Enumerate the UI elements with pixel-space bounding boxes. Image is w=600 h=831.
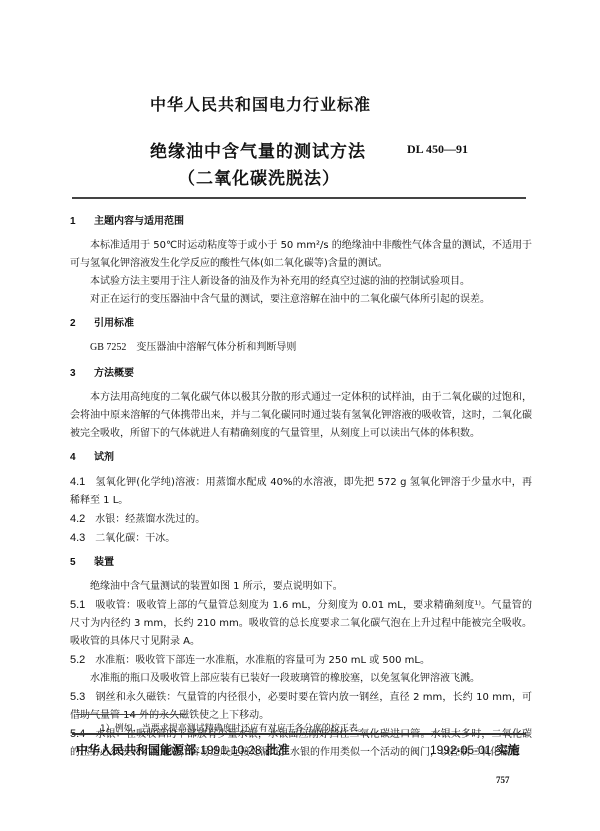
section-number: 3 <box>70 365 94 383</box>
paragraph: 本标准适用于 50℃时运动粘度等于或小于 50 mm²/s 的绝缘油中非酸性气体… <box>70 237 532 273</box>
approval-label: 批准 <box>266 743 290 757</box>
clause-item: 5.3钢丝和永久磁铁：气量管的内径很小，必要时要在管内放一钢丝，直径 2 mm，… <box>70 688 532 725</box>
approving-authority: 中华人民共和国能源部 <box>76 743 196 757</box>
effective-label: 实施 <box>496 743 520 757</box>
reference-code: GB 7252 <box>90 342 126 353</box>
section-number: 5 <box>70 554 94 572</box>
clause-item: 4.1氢氧化钾(化学纯)溶液：用蒸馏水配成 40%的水溶液，即先把 572 g … <box>70 473 532 510</box>
standard-code: DL 450—91 <box>407 142 468 157</box>
section-number: 1 <box>70 213 94 231</box>
clause-number: 4.1 <box>70 476 85 488</box>
section-heading: 1主题内容与适用范围 <box>70 213 532 231</box>
page-number: 757 <box>496 775 510 785</box>
clause-item: 5.1吸收管：吸收管上部的气量管总刻度为 1.6 mL，分刻度为 0.01 mL… <box>70 596 532 651</box>
section-title: 引用标准 <box>94 318 134 329</box>
footnote-divider <box>76 714 186 715</box>
section-number: 4 <box>70 449 94 467</box>
section-title: 主题内容与适用范围 <box>94 216 184 227</box>
clause-text: 水银：经蒸馏水洗过的。 <box>95 514 205 525</box>
approval-date: 1991-10-28 <box>200 743 261 757</box>
footer-divider <box>72 733 526 735</box>
section-title: 装置 <box>94 557 114 568</box>
section-heading: 5装置 <box>70 554 532 572</box>
document-subtitle: （二氧化碳洗脱法） <box>178 164 340 189</box>
section-title: 试剂 <box>94 452 114 463</box>
effective-info: 1992-05-01 实施 <box>430 741 520 758</box>
standard-organization: 中华人民共和国电力行业标准 <box>150 92 371 115</box>
clause-item: 5.2水准瓶：吸收管下部连一水准瓶，水准瓶的容量可为 250 mL 或 500 … <box>70 651 532 670</box>
clause-text: 水准瓶：吸收管下部连一水准瓶，水准瓶的容量可为 250 mL 或 500 mL。 <box>95 655 430 666</box>
clause-text: 二氧化碳：干冰。 <box>95 533 175 544</box>
reference-item: GB 7252变压器油中溶解气体分析和判断导则 <box>70 339 532 357</box>
paragraph: 对正在运行的变压器油中含气量的测试，要注意溶解在油中的二氧化碳气体所引起的误差。 <box>70 291 532 309</box>
clause-number: 4.2 <box>70 513 85 525</box>
clause-item: 4.3二氧化碳：干冰。 <box>70 529 532 548</box>
clause-number: 5.2 <box>70 654 85 666</box>
effective-date: 1992-05-01 <box>430 743 491 757</box>
section-heading: 2引用标准 <box>70 315 532 333</box>
paragraph: 绝缘油中含气量测试的装置如图 1 所示，要点说明如下。 <box>70 578 532 596</box>
clause-text: 钢丝和永久磁铁：气量管的内径很小，必要时要在管内放一钢丝，直径 2 mm，长约 … <box>70 692 532 721</box>
clause-number: 4.3 <box>70 532 85 544</box>
section-heading: 3方法概要 <box>70 365 532 383</box>
reference-title: 变压器油中溶解气体分析和判断导则 <box>136 342 296 353</box>
paragraph: 本试验方法主要用于注人新设备的油及作为补充用的经真空过滤的油的控制试验项目。 <box>70 273 532 291</box>
header-divider <box>72 197 526 199</box>
paragraph: 水准瓶的瓶口及吸收管上部应装有已装好一段玻璃管的橡胶塞，以免氢氧化钾溶液飞溅。 <box>70 670 532 688</box>
paragraph: 本方法用高纯度的二氧化碳气体以极其分散的形式通过一定体积的试样油，由于二氧化碳的… <box>70 389 532 443</box>
clause-text: 氢氧化钾(化学纯)溶液：用蒸馏水配成 40%的水溶液，即先把 572 g 氢氧化… <box>70 477 532 506</box>
clause-number: 5.1 <box>70 599 85 611</box>
approval-info: 中华人民共和国能源部 1991-10-28 批准 <box>76 741 290 758</box>
clause-item: 4.2水银：经蒸馏水洗过的。 <box>70 510 532 529</box>
section-number: 2 <box>70 315 94 333</box>
clause-text: 吸收管：吸收管上部的气量管总刻度为 1.6 mL，分刻度为 0.01 mL，要求… <box>70 600 532 647</box>
section-title: 方法概要 <box>94 368 134 379</box>
section-heading: 4试剂 <box>70 449 532 467</box>
clause-number: 5.3 <box>70 691 85 703</box>
document-body: 1主题内容与适用范围 本标准适用于 50℃时运动粘度等于或小于 50 mm²/s… <box>70 207 532 762</box>
document-title: 绝缘油中含气量的测试方法 <box>150 137 366 162</box>
